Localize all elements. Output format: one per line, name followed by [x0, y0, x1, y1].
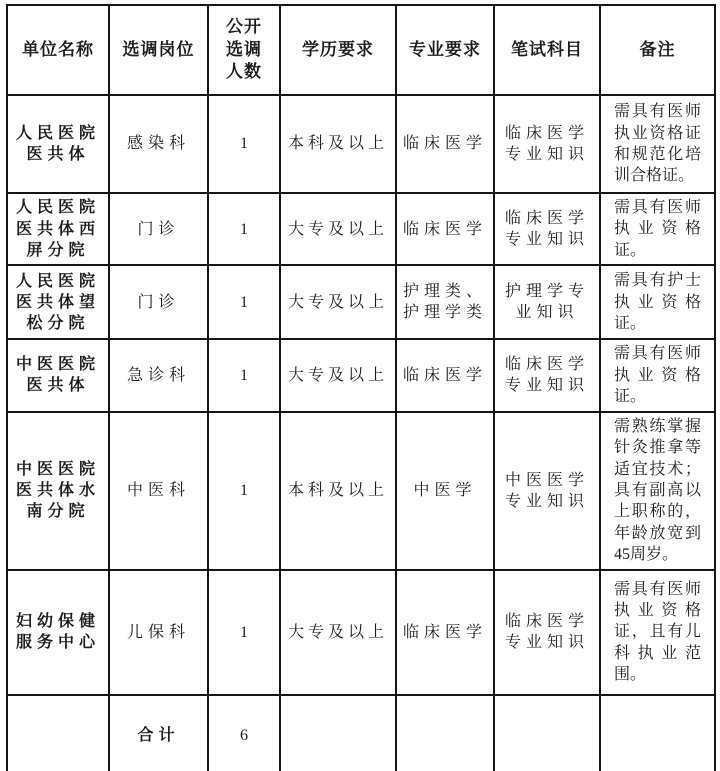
cell-unit: 中医医院医共体 — [7, 339, 109, 411]
cell-count: 1 — [208, 95, 280, 193]
cell-exam: 临床医学专业知识 — [494, 570, 600, 695]
table-row: 中医医院医共体水南分院 中医科 1 本科及以上 中医学 中医医学专业知识 需熟练… — [7, 412, 715, 570]
table-row: 人民医院医共体西屏分院 门诊 1 大专及以上 临床医学 临床医学专业知识 需具有… — [7, 193, 715, 265]
cell-remark: 需具有医师执业资格证和规范化培训合格证。 — [600, 95, 715, 193]
cell-major: 临床医学 — [396, 193, 494, 265]
cell-major: 临床医学 — [396, 95, 494, 193]
cell-position: 中医科 — [109, 412, 208, 570]
cell-major: 临床医学 — [396, 570, 494, 695]
cell-major-empty — [396, 695, 494, 771]
cell-count: 1 — [208, 265, 280, 339]
cell-remark: 需具有医师执业资格证。 — [600, 193, 715, 265]
cell-exam: 临床医学专业知识 — [494, 339, 600, 411]
table-row: 人民医院医共体 感染科 1 本科及以上 临床医学 临床医学专业知识 需具有医师执… — [7, 95, 715, 193]
cell-exam: 中医医学专业知识 — [494, 412, 600, 570]
cell-count: 1 — [208, 339, 280, 411]
total-count: 6 — [208, 695, 280, 771]
recruitment-positions-table: 单位名称 选调岗位 公开选调人数 学历要求 专业要求 笔试科目 备注 人民医院医… — [6, 4, 716, 771]
cell-remark-empty — [600, 695, 715, 771]
cell-education: 大专及以上 — [280, 570, 396, 695]
cell-remark: 需具有医师执业资格证，且有儿科执业范围。 — [600, 570, 715, 695]
total-row: 合计 6 — [7, 695, 715, 771]
cell-remark: 需具有护士执业资格证。 — [600, 265, 715, 339]
total-label: 合计 — [109, 695, 208, 771]
col-header-count: 公开选调人数 — [208, 5, 280, 95]
col-header-unit: 单位名称 — [7, 5, 109, 95]
cell-position: 感染科 — [109, 95, 208, 193]
cell-unit: 中医医院医共体水南分院 — [7, 412, 109, 570]
col-header-remark: 备注 — [600, 5, 715, 95]
cell-unit-empty — [7, 695, 109, 771]
cell-remark: 需熟练掌握针灸推拿等适宜技术；具有副高以上职称的，年龄放宽到45周岁。 — [600, 412, 715, 570]
cell-exam: 临床医学专业知识 — [494, 95, 600, 193]
col-header-education: 学历要求 — [280, 5, 396, 95]
cell-remark: 需具有医师执业资格证。 — [600, 339, 715, 411]
cell-unit: 人民医院医共体 — [7, 95, 109, 193]
cell-position: 门诊 — [109, 193, 208, 265]
cell-major: 中医学 — [396, 412, 494, 570]
cell-education: 本科及以上 — [280, 95, 396, 193]
cell-unit: 人民医院医共体西屏分院 — [7, 193, 109, 265]
cell-unit: 妇幼保健服务中心 — [7, 570, 109, 695]
col-header-major: 专业要求 — [396, 5, 494, 95]
cell-exam: 护理学专业知识 — [494, 265, 600, 339]
cell-count: 1 — [208, 412, 280, 570]
header-row: 单位名称 选调岗位 公开选调人数 学历要求 专业要求 笔试科目 备注 — [7, 5, 715, 95]
cell-major: 护理类、护理学类 — [396, 265, 494, 339]
cell-education-empty — [280, 695, 396, 771]
cell-education: 大专及以上 — [280, 339, 396, 411]
cell-education: 本科及以上 — [280, 412, 396, 570]
col-header-position: 选调岗位 — [109, 5, 208, 95]
cell-education: 大专及以上 — [280, 265, 396, 339]
cell-unit: 人民医院医共体望松分院 — [7, 265, 109, 339]
cell-position: 儿保科 — [109, 570, 208, 695]
cell-exam: 临床医学专业知识 — [494, 193, 600, 265]
cell-count: 1 — [208, 570, 280, 695]
cell-count: 1 — [208, 193, 280, 265]
cell-position: 门诊 — [109, 265, 208, 339]
cell-position: 急诊科 — [109, 339, 208, 411]
table-row: 中医医院医共体 急诊科 1 大专及以上 临床医学 临床医学专业知识 需具有医师执… — [7, 339, 715, 411]
col-header-exam: 笔试科目 — [494, 5, 600, 95]
cell-education: 大专及以上 — [280, 193, 396, 265]
cell-exam-empty — [494, 695, 600, 771]
cell-major: 临床医学 — [396, 339, 494, 411]
table-row: 人民医院医共体望松分院 门诊 1 大专及以上 护理类、护理学类 护理学专业知识 … — [7, 265, 715, 339]
table-row: 妇幼保健服务中心 儿保科 1 大专及以上 临床医学 临床医学专业知识 需具有医师… — [7, 570, 715, 695]
